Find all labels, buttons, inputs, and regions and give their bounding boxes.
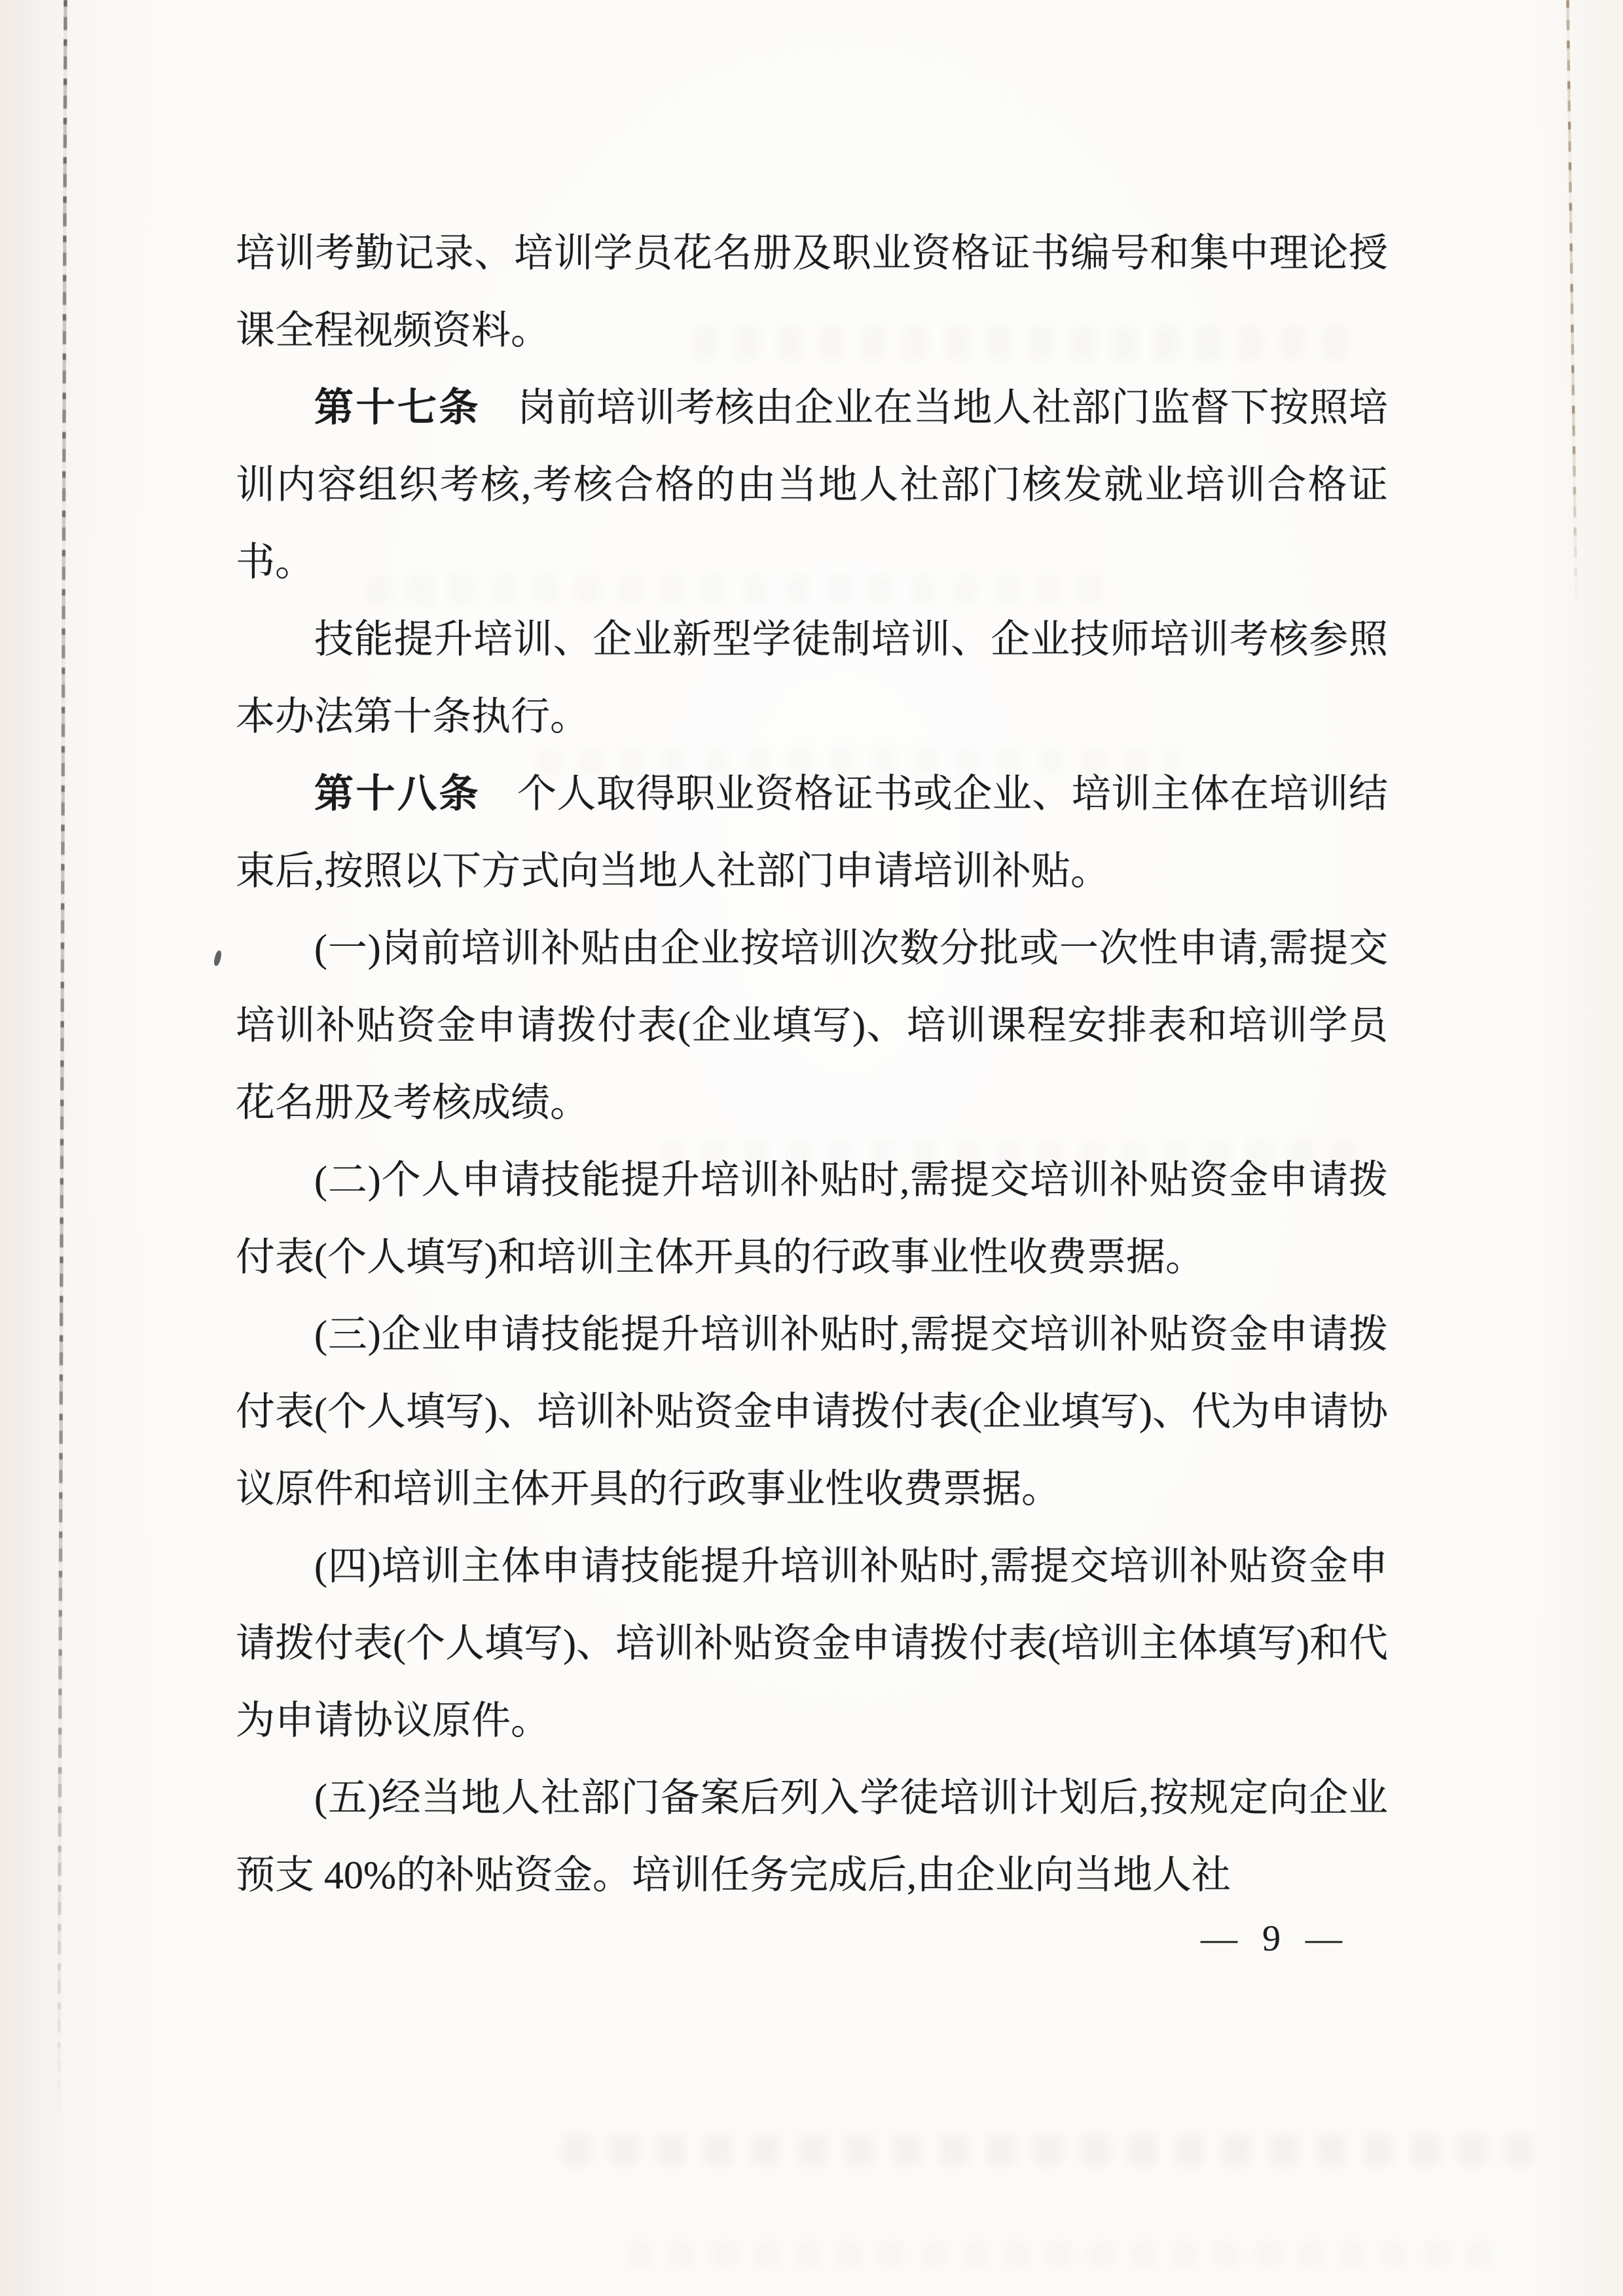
- paragraph: 技能提升培训、企业新型学徒制培训、企业技师培训考核参照本办法第十条执行。: [236, 601, 1388, 755]
- paragraph: (五)经当地人社部门备案后列入学徒培训计划后,按规定向企业预支 40%的补贴资金…: [236, 1759, 1388, 1914]
- paragraph-text: (三)企业申请技能提升培训补贴时,需提交培训补贴资金申请拨付表(个人填写)、培训…: [236, 1313, 1388, 1511]
- paragraph: (一)岗前培训补贴由企业按培训次数分批或一次性申请,需提交培训补贴资金申请拨付表…: [236, 910, 1388, 1141]
- paragraph-text: (五)经当地人社部门备案后列入学徒培训计划后,按规定向企业预支 40%的补贴资金…: [236, 1776, 1388, 1897]
- paragraph-text: 培训考勤记录、培训学员花名册及职业资格证书编号和集中理论授课全程视频资料。: [236, 232, 1388, 352]
- paragraph: 第十七条岗前培训考核由企业在当地人社部门监督下按照培训内容组织考核,考核合格的由…: [236, 369, 1388, 601]
- scanned-page: 培训考勤记录、培训学员花名册及职业资格证书编号和集中理论授课全程视频资料。 第十…: [0, 0, 1623, 2296]
- paragraph-text: 技能提升培训、企业新型学徒制培训、企业技师培训考核参照本办法第十条执行。: [236, 618, 1388, 738]
- article-number: 第十八条: [314, 772, 481, 816]
- paragraph-text: (一)岗前培训补贴由企业按培训次数分批或一次性申请,需提交培训补贴资金申请拨付表…: [236, 927, 1388, 1124]
- paragraph: 培训考勤记录、培训学员花名册及职业资格证书编号和集中理论授课全程视频资料。: [236, 215, 1388, 369]
- paragraph: (四)培训主体申请技能提升培训补贴时,需提交培训补贴资金申请拨付表(个人填写)、…: [236, 1528, 1388, 1759]
- article-number: 第十七条: [314, 386, 481, 429]
- left-crease-line: [57, 0, 67, 2121]
- paragraph-text: (四)培训主体申请技能提升培训补贴时,需提交培训补贴资金申请拨付表(个人填写)、…: [236, 1545, 1388, 1742]
- document-text-block: 培训考勤记录、培训学员花名册及职业资格证书编号和集中理论授课全程视频资料。 第十…: [236, 215, 1388, 1914]
- ink-speckle: [213, 950, 223, 966]
- paragraph: (三)企业申请技能提升培训补贴时,需提交培训补贴资金申请拨付表(个人填写)、培训…: [236, 1296, 1388, 1528]
- paragraph: (二)个人申请技能提升培训补贴时,需提交培训补贴资金申请拨付表(个人填写)和培训…: [236, 1141, 1388, 1296]
- page-number: — 9 —: [1201, 1915, 1350, 1962]
- bleed-through-smudge: [563, 2135, 1532, 2165]
- bleed-through-smudge: [629, 2241, 1506, 2267]
- paragraph-text: (二)个人申请技能提升培训补贴时,需提交培训补贴资金申请拨付表(个人填写)和培训…: [236, 1158, 1388, 1279]
- right-crease-line: [1566, 0, 1578, 612]
- paragraph: 第十八条个人取得职业资格证书或企业、培训主体在培训结束后,按照以下方式向当地人社…: [236, 755, 1388, 910]
